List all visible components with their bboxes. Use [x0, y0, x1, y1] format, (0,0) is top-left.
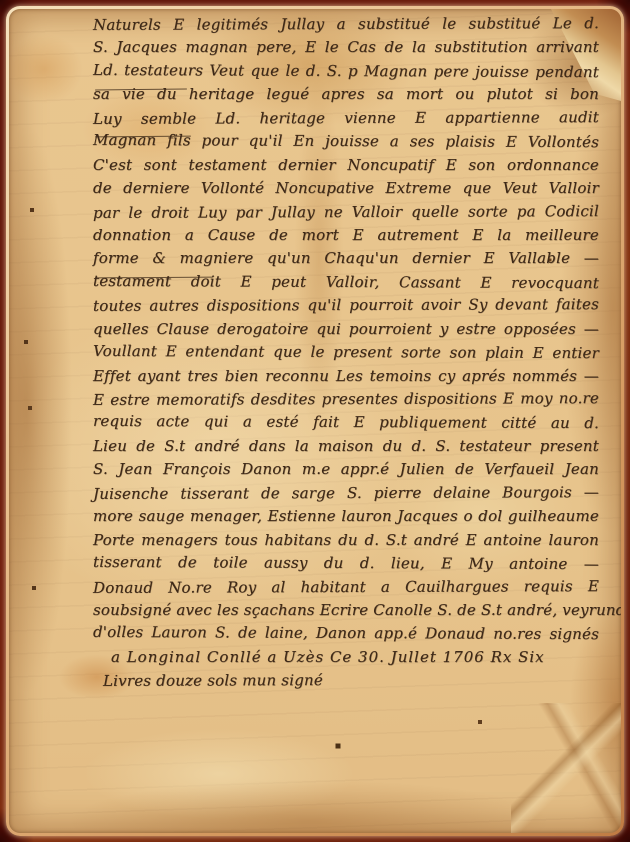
manuscript-line: Magnan fils pour qu'il En jouisse a ses … [93, 129, 599, 155]
manuscript-text: Naturels E legitimés Jullay a substitué … [93, 13, 599, 693]
manuscript-line: Porte menagers tous habitans du d. S.t a… [93, 529, 599, 552]
manuscript-page: Naturels E legitimés Jullay a substitué … [0, 0, 630, 842]
manuscript-line: par le droit Luy par Jullay ne Valloir q… [93, 200, 599, 225]
manuscript-line: testament doit E peut Valloir, Cassant E… [93, 270, 599, 296]
manuscript-line: S. Jean François Danon m.e appr.é Julien… [93, 458, 599, 481]
manuscript-line: Donaud No.re Roy al habitant a Cauilharg… [93, 575, 599, 600]
manuscript-line: E estre memoratifs desdites presentes di… [93, 387, 599, 412]
manuscript-line: more sauge menager, Estienne lauron Jacq… [93, 505, 599, 528]
manuscript-line: tisserant de toile aussy du d. lieu, E M… [93, 551, 599, 577]
manuscript-line: Ld. testateurs Veut que le d. S. p Magna… [93, 59, 599, 85]
manuscript-line: sa vie du heritage legué apres sa mort o… [93, 83, 599, 106]
manuscript-line: donnation a Cause de mort E autrement E … [93, 224, 599, 247]
manuscript-paper: Naturels E legitimés Jullay a substitué … [9, 9, 621, 833]
manuscript-line: Lieu de S.t andré dans la maison du d. S… [93, 435, 599, 458]
manuscript-line: C'est sont testament dernier Noncupatif … [93, 154, 599, 177]
manuscript-line: Livres douze sols mun signé [93, 668, 599, 693]
manuscript-line: Effet ayant tres bien reconnu Les temoin… [93, 365, 599, 388]
manuscript-line: d'olles Lauron S. de laine, Danon app.é … [93, 621, 599, 647]
manuscript-line: toutes autres dispositions qu'il pourroi… [93, 293, 599, 318]
manuscript-line: Naturels E legitimés Jullay a substitué … [93, 12, 599, 37]
manuscript-line: quelles Clause derogatoire qui pourroien… [93, 318, 599, 341]
manuscript-line: a Longinal Conllé a Uzès Ce 30. Jullet 1… [93, 646, 599, 669]
manuscript-line: requis acte qui a esté fait E publiqueme… [93, 410, 599, 436]
manuscript-line: soubsigné avec les sçachans Ecrire Canol… [93, 599, 599, 622]
manuscript-line: forme & magniere qu'un Chaqu'un dernier … [93, 247, 599, 270]
manuscript-line: Voullant E entendant que le present sort… [93, 340, 599, 366]
manuscript-line: S. Jacques magnan pere, E le Cas de la s… [93, 36, 599, 59]
manuscript-line: Juisenche tisserant de sarge S. pierre d… [93, 481, 599, 506]
ink-specks [9, 9, 11, 11]
manuscript-line: Luy semble Ld. heritage vienne E apparti… [93, 106, 599, 131]
fold-crease [511, 703, 621, 833]
manuscript-line: de derniere Vollonté Noncupative Extreme… [93, 177, 599, 200]
